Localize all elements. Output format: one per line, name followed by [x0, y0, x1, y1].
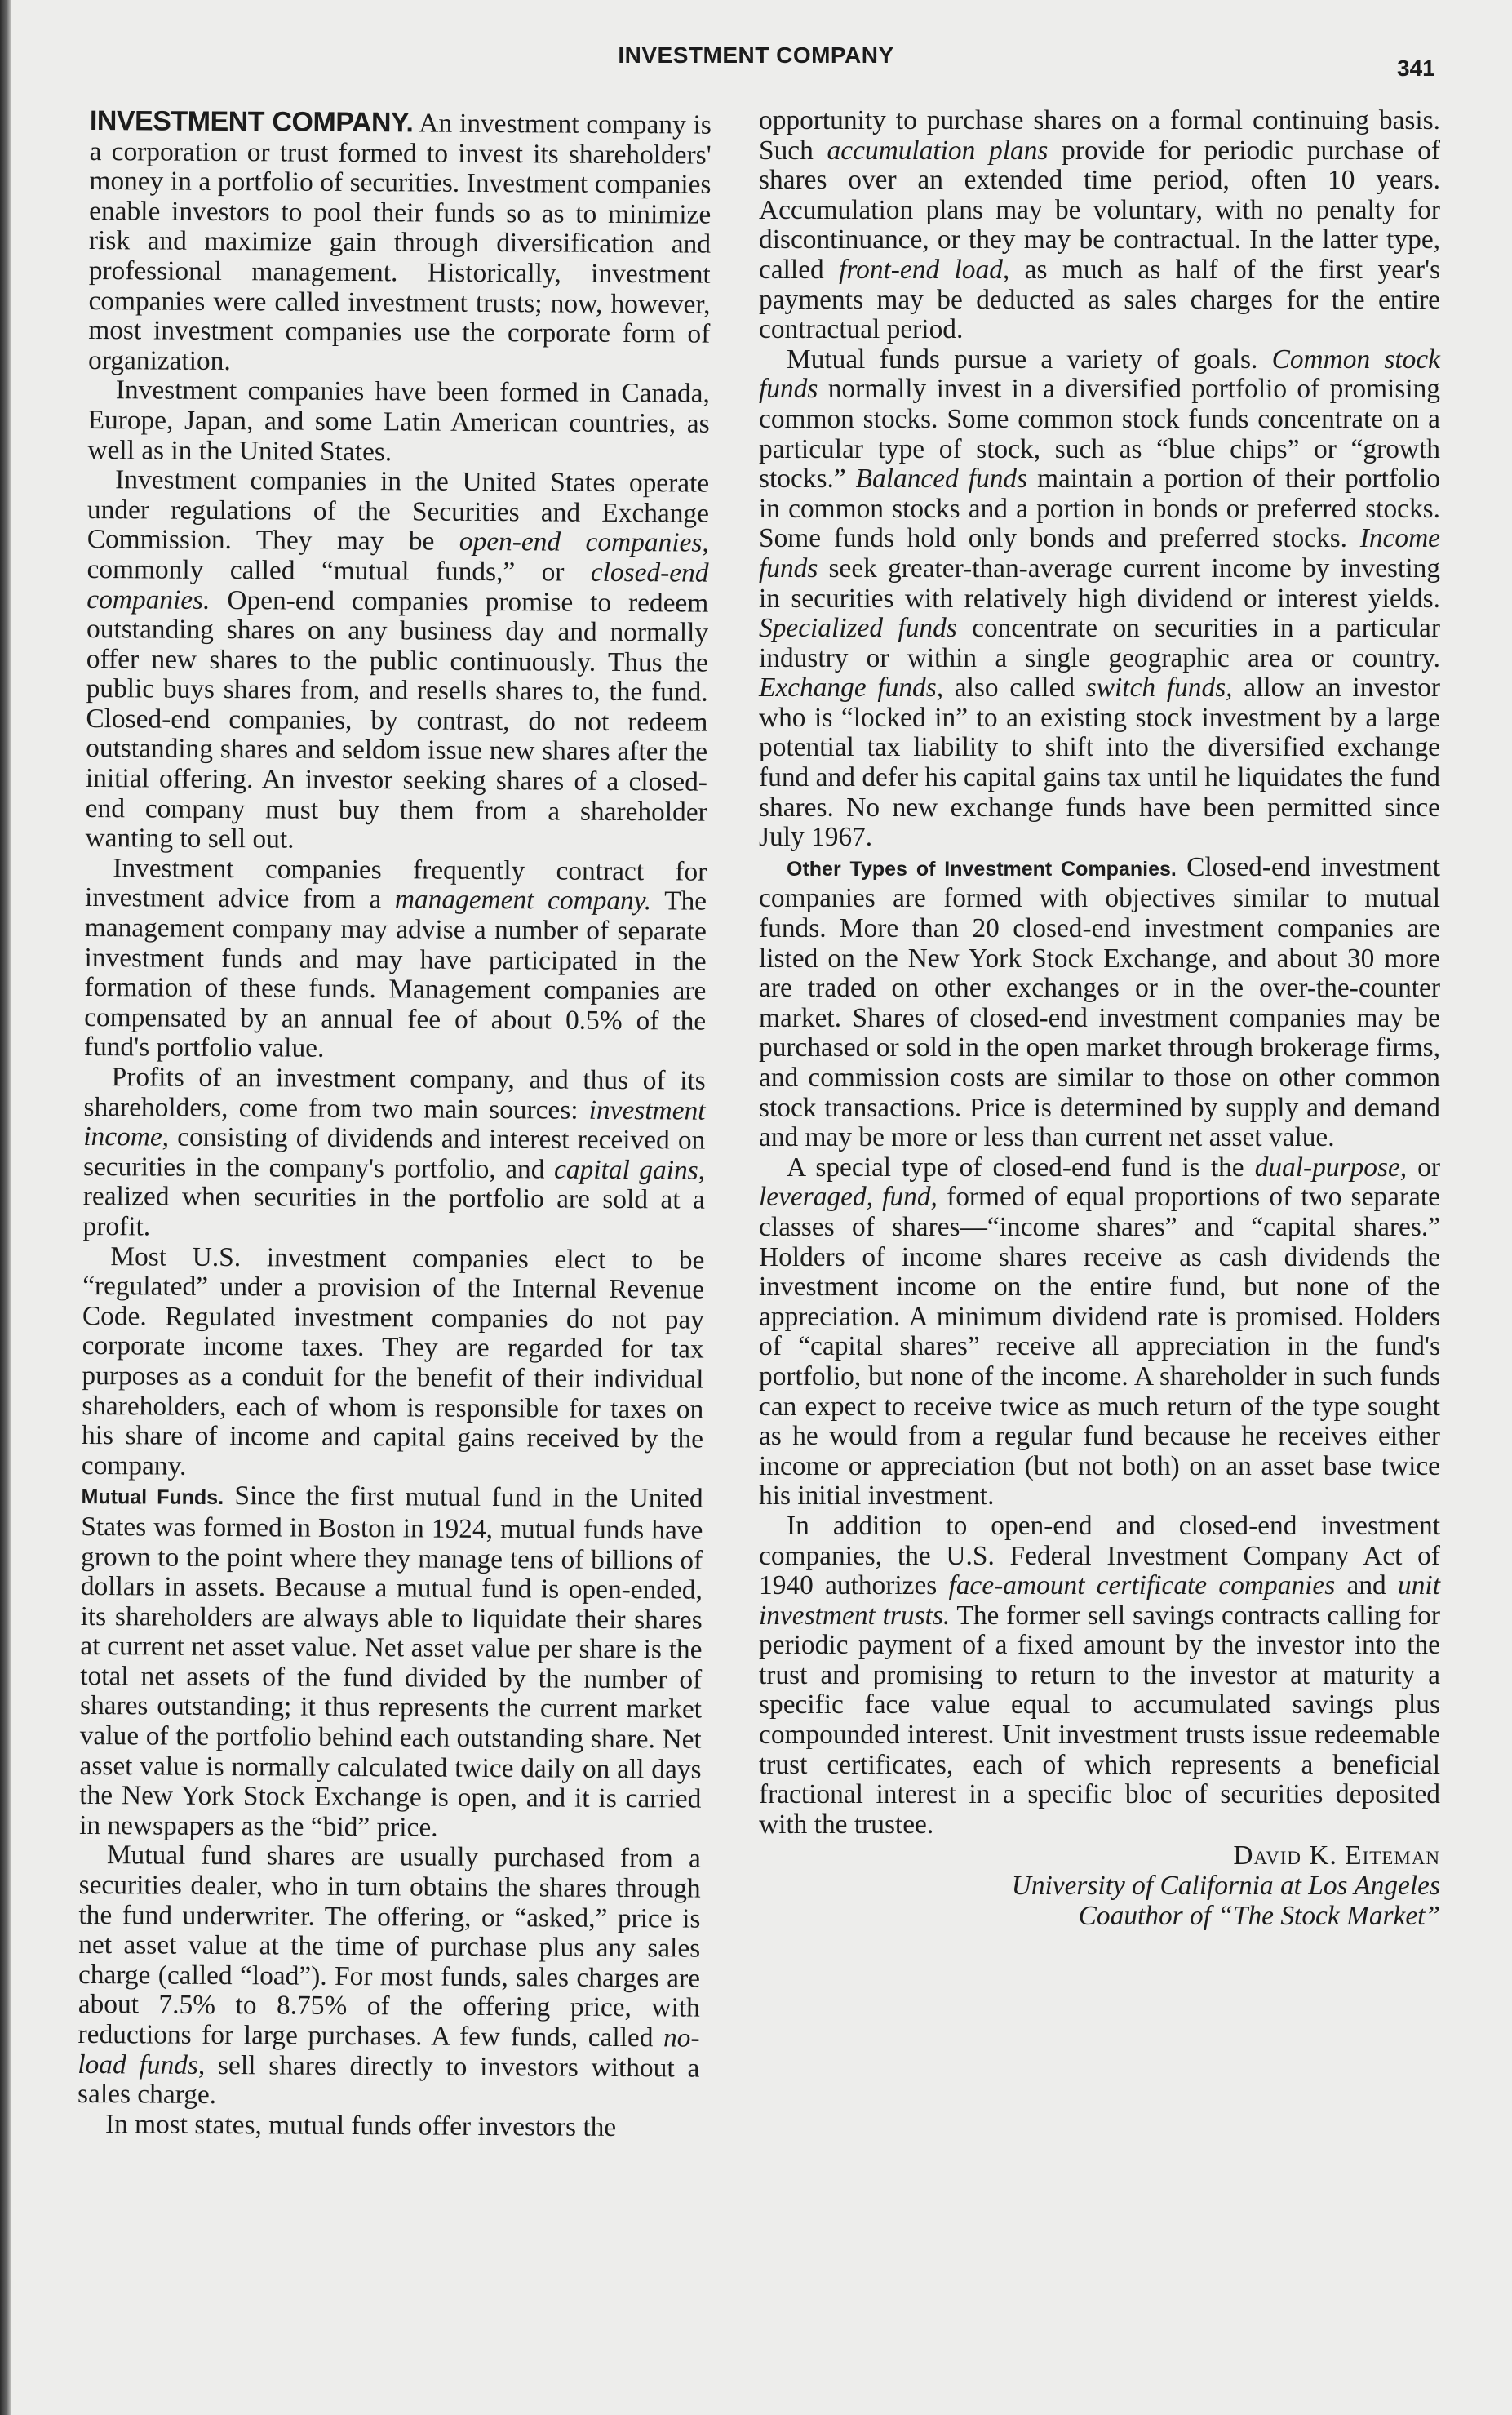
paragraph: Most U.S. investment companies elect to …	[82, 1242, 705, 1485]
paragraph: Investment companies have been formed in…	[87, 375, 710, 468]
section-heading-mutual-funds: Mutual Funds.	[82, 1485, 224, 1509]
term: dual-purpose,	[1255, 1152, 1407, 1183]
paragraph: Mutual funds pursue a variety of goals. …	[759, 345, 1440, 853]
left-column: INVESTMENT COMPANY. An investment compan…	[78, 106, 712, 2143]
term: management company.	[395, 885, 652, 917]
right-column: opportunity to purchase shares on a form…	[759, 106, 1440, 1931]
paragraph: opportunity to purchase shares on a form…	[759, 106, 1440, 345]
term: accumulation plans	[827, 135, 1049, 166]
paragraph: In addition to open-end and closed-end i…	[759, 1512, 1440, 1840]
paragraph: Investment companies frequently contract…	[84, 854, 707, 1067]
paragraph: Mutual fund shares are usually purchased…	[78, 1840, 701, 2113]
term: front-end load,	[839, 255, 1009, 285]
term: Balanced funds	[856, 464, 1027, 494]
author-credit: Coauthor of “The Stock Market”	[759, 1902, 1440, 1932]
paragraph: A special type of closed-end fund is the…	[759, 1153, 1440, 1512]
term: switch funds,	[1086, 673, 1233, 703]
entry-title: INVESTMENT COMPANY.	[90, 105, 414, 138]
paragraph: INVESTMENT COMPANY. An investment compan…	[88, 106, 712, 380]
book-binding-shadow	[0, 0, 11, 2415]
paragraph: Profits of an investment company, and th…	[82, 1063, 705, 1245]
byline: David K. Eiteman University of Californi…	[759, 1841, 1440, 1931]
term: Exchange funds,	[759, 673, 943, 703]
paragraph: Investment companies in the United State…	[85, 465, 709, 857]
paragraph: Other Types of Investment Companies. Clo…	[759, 853, 1440, 1153]
author-name: David K. Eiteman	[1233, 1840, 1440, 1871]
term: Specialized funds	[759, 613, 957, 643]
paragraph: Mutual Funds. Since the first mutual fun…	[79, 1481, 703, 1845]
term: capital gains,	[554, 1154, 705, 1185]
term: leveraged, fund,	[759, 1182, 938, 1212]
section-heading-other-types: Other Types of Investment Companies.	[787, 858, 1177, 881]
page-number: 341	[1397, 55, 1435, 82]
running-head: INVESTMENT COMPANY	[0, 42, 1512, 69]
author-affiliation: University of California at Los Angeles	[759, 1871, 1440, 1902]
paragraph: In most states, mutual funds offer inves…	[78, 2110, 699, 2143]
term: face-amount certificate companies	[949, 1570, 1336, 1600]
term: open-end companies,	[459, 526, 709, 558]
